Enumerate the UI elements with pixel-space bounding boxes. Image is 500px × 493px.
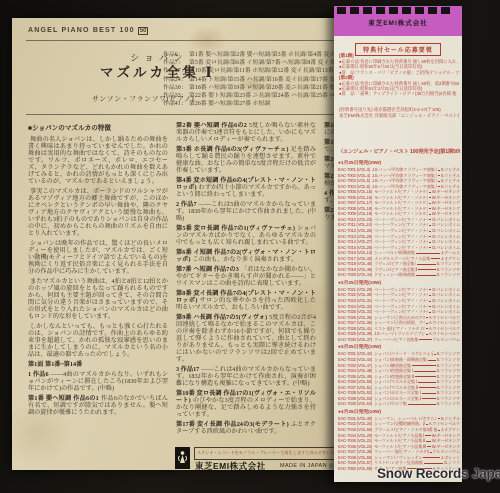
leader-line xyxy=(426,323,428,324)
release-schedule-title: 〈エンジェル・ピアノ・ベスト 100発売予定(第1期50W)〉 xyxy=(338,147,460,155)
liner-notes-paragraph: しかしなんといっても、もっとも強く心打たれるのは、ショパンの詩情です。作曲上のあ… xyxy=(28,323,168,358)
release-group-2-label: ●2月25日発売(10W) xyxy=(338,280,460,287)
release-group-1-label: ●1月25日発売(25W) xyxy=(338,160,460,167)
catalog-number: EAC-7040 (VOL.54) xyxy=(338,401,372,407)
liner-notes-paragraph: 第9番 ハ長調 作品7の5(ヴィヴォ)5度音程の2音が4回連続して鳴るなかで始ま… xyxy=(176,314,316,363)
opus-label: 作品24 xyxy=(163,76,189,84)
liner-notes-column-1: ■ショパンのマズルカの特徴 舞曲の名人ショパンは、しかし踊るための舞曲を書く興味… xyxy=(28,122,168,442)
series-number-badge: 50 xyxy=(138,27,149,35)
leader-line xyxy=(418,269,435,270)
catalog-title: ドビュッシー/前奏曲集 xyxy=(374,272,415,278)
angel-records-logo xyxy=(175,447,190,469)
leader-line xyxy=(419,387,436,388)
liner-notes-paragraph: 第3番 ホ長調 作品6の3(ヴィヴァーチェ)足を踏み鳴らして踊る農民の踊りを連想… xyxy=(176,146,316,174)
entry-text: またマズルカという舞曲は、4拍と8拍と12拍とかのホップ風の旋回をともなって踊ら… xyxy=(28,278,168,320)
liner-notes-paragraph: 3 作品17――これは4曲のマズルカからなっています。1832年から翌年にかけて… xyxy=(176,366,316,387)
leader-line xyxy=(426,441,431,442)
leader-line xyxy=(429,306,431,307)
campaign-line: ●賞 品:「豪華」アップライト・ピアノ(30万円相当)2名様 他 xyxy=(339,91,459,96)
catalog-row: EAC-7030 (VOL.37) ウェーバー/ピアノ名曲集 ケルセンバウム xyxy=(338,337,460,343)
opus-tracks: 第26番 嬰ハ短調/第27番 ホ短調 xyxy=(189,100,270,108)
insert-company-name: 東芝EMI株式会社 xyxy=(334,18,462,27)
liner-notes-paragraph: 第1面 第1番~第14番 xyxy=(28,361,168,368)
campaign-period-1-lines: ●応募方法:各巻に印刷された特典番号 通し50枚を封筒に入れ、下記あてにお送り下… xyxy=(339,59,459,75)
entry-text: ――4曲のマズルカからなり、いずれもショパンがウィーンに滞在したころ(1830年… xyxy=(28,371,168,392)
promo-insert-sheet: 東芝EMI株式会社 特典付セール応募要領 (第1期) ●応募方法:各巻に印刷され… xyxy=(334,6,462,482)
leader-line xyxy=(429,247,431,248)
leader-line xyxy=(438,181,440,182)
catalog-number: EAC-7020 (VOL.44) xyxy=(338,272,372,278)
leader-line xyxy=(419,339,431,340)
leader-line xyxy=(416,275,436,276)
opus-label: 作品17 xyxy=(163,67,189,75)
photo-of-lp-back-cover: ANGEL PIANO BEST 10050 ショパン マズルカ全集 Ⅰ サンソ… xyxy=(0,0,500,493)
leader-line xyxy=(428,360,436,361)
leader-line xyxy=(430,452,432,453)
campaign-line: ●賞 品:フランス・パリ「ピアノの旅」ご招待(ナショナル・ツアー)(30名様) xyxy=(339,70,459,75)
leader-line xyxy=(438,175,440,176)
tracklist-row: 作品24 第14番 ト短調/第15番 ハ長調/第16番 変イ長調/第17番 変ロ… xyxy=(163,76,338,84)
liner-notes-column-2: 第2番 嬰ハ短調 作品6の25度しか鳴らない素朴な楽器の伴奏で3連音符をもとにし… xyxy=(176,122,316,442)
entry-heading: 3 作品17 xyxy=(176,366,199,373)
leader-line xyxy=(426,334,428,335)
leader-line xyxy=(431,258,440,259)
leader-line xyxy=(412,365,436,366)
catalog-number: EAC-7030 (VOL.37) xyxy=(338,337,372,343)
release-group-3-label: ●3月25日発売(10W) xyxy=(338,344,460,351)
liner-notes-paragraph: 第6番 イ短調 作品7の2(ヴィヴォ・マ・ノン・トロッポ)この曲も、かなり多く演… xyxy=(176,249,316,263)
leader-line xyxy=(438,170,440,171)
entry-text: 5度音程の2音が4回連続して鳴るなかで始まるこのマズルカは、この序奏を除きわずか… xyxy=(176,314,316,363)
leader-line xyxy=(429,208,431,209)
campaign-sections: (第1期) ●応募方法:各巻に印刷された特典番号 通し50枚を封筒に入れ、下記あ… xyxy=(339,53,459,97)
liner-notes-paragraph: 舞曲の名人ショパンは、しかし踊るための舞曲を書く興味はあまり持っていませんでした… xyxy=(28,136,168,185)
leader-line xyxy=(429,301,431,302)
leader-line xyxy=(426,424,428,425)
opus-tracks: 第18番 ハ短調/第19番 ロ短調/第20番 変ニ長調/第21番 嬰ハ短調 xyxy=(189,84,338,92)
entry-text: わずか四十小節のマズルカですから、あっという間に終わってしまいます。 xyxy=(176,184,316,198)
liner-notes-paragraph: 第5番 変ロ長調 作品7の1(ヴィヴァーチェ)ショパンのマズルカばかりでなく、あ… xyxy=(176,225,316,246)
opus-tracks: 第14番 ト短調/第15番 ハ長調/第16番 変イ長調/第17番 変ロ短調 xyxy=(189,76,338,84)
tracklist-row: 作品33 第22番 嬰ト短調/第23番 ニ長調/第24番 ハ長調/第25番 ロ短… xyxy=(163,92,338,100)
entry-heading: 第2番 嬰ハ短調 作品6の2 xyxy=(176,122,247,129)
entry-heading: 2 作品7 xyxy=(176,201,197,208)
liner-notes-paragraph: 第4番 変ホ短調 作品6の4(プレスト・マ・ノン・トロッポ)わずか四十小節のマズ… xyxy=(176,177,316,198)
entry-heading: 第1面 第1番~第14番 xyxy=(28,361,82,368)
jacket-company-name: 東芝EMI株式会社 xyxy=(195,460,266,470)
entry-text: この曲も、かなり多く演奏されます。 xyxy=(192,256,297,263)
opus-label: 作品6 xyxy=(163,51,189,59)
leader-line xyxy=(429,219,431,220)
leader-line xyxy=(423,457,440,458)
entry-heading: 第9番 ハ長調 作品7の5(ヴィヴォ) xyxy=(176,314,267,321)
entry-text: 事実このマズルカは、ポーランドのワルシャワがあるマゾヴィア地方の郷土舞曲ですが、… xyxy=(28,188,168,237)
catalog-title: ウェーバー/ピアノ名曲集 xyxy=(374,337,418,343)
opus-tracks: 第1番 嬰ヘ短調/第2番 嬰ハ短調/第3番 ホ長調/第4番 変ホ短調 xyxy=(189,51,338,59)
opus-tracks: 第22番 嬰ト短調/第23番 ニ長調/第24番 ハ長調/第25番 ロ短調 xyxy=(189,92,338,100)
insert-header-band: 東芝EMI株式会社 xyxy=(334,6,462,36)
address-line: 東芝EMI株式会社 洋楽販売部「エンジェル・ピアノ・ベスト係」 xyxy=(339,113,459,119)
tracklist-row: 作品7 第5番 変ロ長調/第6番 イ短調/第7番 ヘ短調/第8番 変イ長調 第9… xyxy=(163,59,338,67)
leader-line xyxy=(429,236,431,237)
leader-line xyxy=(422,393,436,394)
liner-notes-paragraph: 第1番 嬰ヘ短調 作品6の1作品6のなかでいちばん有名で、短調ですが陰気ではあり… xyxy=(28,395,168,416)
liner-notes-paragraph: 1 作品6――4曲のマズルカからなり、いずれもショパンがウィーンに滞在したころ(… xyxy=(28,371,168,392)
leader-line xyxy=(429,242,431,243)
release-group-4-label: ●4月25日発売(10W) xyxy=(338,409,460,416)
liner-notes-paragraph: 第7番 ヘ短調 作品7の3「君はなかなか聞かない、やがてギターをかき鳴らす声が聞… xyxy=(176,266,316,287)
catalog-row: EAC-7040 (VOL.54) ショパン/ワルツ集 S.フランソワ xyxy=(338,401,460,407)
release-group-1-items: EAC-7001 (VOL.3) J.S.バッハ/平均律クラヴィーア曲集 第1巻… xyxy=(338,167,460,278)
header-rule-top xyxy=(26,40,338,41)
entry-text: ショパンは晩年の作品では、驚くほどの長いメロディーを使用しましたが、マズルカでは… xyxy=(28,240,168,275)
leader-line xyxy=(427,446,431,447)
release-group-4-items: EAC-7041 (VOL.40) シューマン、シューベルト/さすらい人幻想曲 … xyxy=(338,416,460,471)
leader-line xyxy=(425,435,431,436)
tracklist-row: 作品6 第1番 嬰ヘ短調/第2番 嬰ハ短調/第3番 ホ長調/第4番 変ホ短調 xyxy=(163,51,338,59)
liner-notes-paragraph: 第10番 変ロ長調 作品17の1(ヴィヴォ・エ・リソルート)のびやかな3度音程の… xyxy=(176,390,316,418)
entry-text: ――これは5曲のマズルカからなっています。1830年から翌年にかけて作曲されまし… xyxy=(176,201,316,222)
leader-line xyxy=(408,404,436,405)
leader-line xyxy=(429,295,431,296)
angel-icon xyxy=(177,450,188,466)
header-rule-bottom xyxy=(26,114,338,115)
opus-tracks: 第5番 変ロ長調/第6番 イ短調/第7番 ヘ短調/第8番 変イ長調 第9番 ハ長… xyxy=(189,59,338,67)
opus-tracks: 第10番 変ロ長調/第11番 ホ短調/第12番 変イ長調/第13番 イ短調 xyxy=(189,67,338,75)
leader-line xyxy=(426,317,428,318)
leader-line xyxy=(429,197,431,198)
release-group-2-items: EAC-7021 (VOL.29) ベートーヴェン/ピアノ・ソナタ全集 Ⅶ D.… xyxy=(338,287,460,342)
liner-notes-paragraph: 2 作品7――これは5曲のマズルカからなっています。1830年から翌年にかけて作… xyxy=(176,201,316,222)
leader-line xyxy=(426,328,428,329)
entry-heading: 第17番 変イ長調 作品24の3(モデラート) xyxy=(176,421,289,428)
leader-line xyxy=(416,253,440,254)
series-label: ANGEL PIANO BEST 10050 xyxy=(28,27,148,35)
leader-line xyxy=(438,418,440,419)
leader-line xyxy=(429,192,431,193)
shop-watermark: Snow Records Japan xyxy=(377,466,500,481)
leader-line xyxy=(429,289,431,290)
liner-notes-paragraph: 第8番 変イ長調 作品7の4(プレスト・マ・ノン・トロッポ)サロン的な華やかさを… xyxy=(176,290,316,311)
opus-label: 作品30 xyxy=(163,84,189,92)
liner-notes-paragraph: 第17番 変イ長調 作品24の3(モデラート)ふとオクターブする西欧風のかわいい… xyxy=(176,421,316,435)
leader-line xyxy=(429,231,431,232)
tracklist-row: 作品41 第26番 嬰ハ短調/第27番 ホ短調 xyxy=(163,100,338,108)
entry-text: しかしなんといっても、もっとも強く心打たれるのは、ショパンの詩情です。作曲上のあ… xyxy=(28,323,168,358)
entry-heading: 第5番 変ロ長調 作品7の1(ヴィヴァーチェ) xyxy=(176,225,295,232)
leader-line xyxy=(429,312,431,313)
campaign-period-2-lines: ●応募方法:各巻に印刷された特典番号 通し50枚、第2期番号50枚を封筒に入れ、… xyxy=(339,81,459,97)
entry-heading: 第1番 嬰ヘ短調 作品6の1 xyxy=(28,395,99,402)
decorative-squares xyxy=(337,7,461,14)
entry-text: 舞曲の名人ショパンは、しかし踊るための舞曲を書く興味はあまり持っていませんでした… xyxy=(28,136,168,185)
tracklist: 作品6 第1番 嬰ヘ短調/第2番 嬰ハ短調/第3番 ホ長調/第4番 変ホ短調 作… xyxy=(163,51,338,111)
entry-text: サロン的な華やかさを持った西欧化した明るいマズルカで、おもしろい曲です。 xyxy=(176,297,316,311)
series-text: ANGEL PIANO BEST 100 xyxy=(28,27,135,34)
catalog-row: EAC-7020 (VOL.44) ドビュッシー/前奏曲集 S.フランソワ xyxy=(338,272,460,278)
release-schedule-list: ●1月25日発売(25W) EAC-7001 (VOL.3) J.S.バッハ/平… xyxy=(338,158,460,471)
catalog-artist: S.フランソワ xyxy=(437,401,461,407)
release-group-3-items: EAC-7031 (VOL.42) ショパン/バラード・スケルツォ全集 S.フラ… xyxy=(338,351,460,406)
leader-line xyxy=(438,430,440,431)
leader-line xyxy=(434,354,436,355)
liner-notes-paragraph: またマズルカという舞曲は、4拍と8拍と12拍とかのホップ風の旋回をともなって踊ら… xyxy=(28,278,168,320)
liner-notes: ■ショパンのマズルカの特徴 舞曲の名人ショパンは、しかし踊るための舞曲を書く興味… xyxy=(28,122,338,442)
campaign-address: (特典番号送り先) 東京都港区芝浜松町2-2-17(〒105)東芝EMI株式会社… xyxy=(339,107,459,118)
leader-line xyxy=(417,264,435,265)
catalog-title: ショパン/ワルツ集 xyxy=(374,401,407,407)
liner-notes-paragraph: ショパンは晩年の作品では、驚くほどの長いメロディーを使用しましたが、マズルカでは… xyxy=(28,240,168,275)
leader-line xyxy=(429,225,431,226)
catalog-artist: ケルセンバウム xyxy=(433,337,460,343)
entry-heading: 1 作品6 xyxy=(28,371,49,378)
leader-line xyxy=(414,371,436,372)
stereo-notice-box: ステレオ・レコードをモノラル・プレーヤーで再生しますと音みぞをいためますのでご注… xyxy=(194,447,338,460)
leader-line xyxy=(418,382,436,383)
entry-heading: 第3番 ホ長調 作品6の3(ヴィヴァーチェ) xyxy=(176,146,288,153)
tracklist-row: 作品30 第18番 ハ短調/第19番 ロ短調/第20番 変ニ長調/第21番 嬰ハ… xyxy=(163,84,338,92)
leader-line xyxy=(429,203,431,204)
leader-line xyxy=(424,463,443,464)
leader-line xyxy=(422,398,435,399)
opus-label: 作品7 xyxy=(163,59,189,67)
entry-heading: 第7番 ヘ短調 作品7の3 xyxy=(176,266,239,273)
opus-label: 作品41 xyxy=(163,100,189,108)
liner-notes-paragraph: 事実このマズルカは、ポーランドのワルシャワがあるマゾヴィア地方の郷土舞曲ですが、… xyxy=(28,188,168,237)
lp-jacket-back: ANGEL PIANO BEST 10050 ショパン マズルカ全集 Ⅰ サンソ… xyxy=(12,18,338,470)
leader-line xyxy=(415,376,436,377)
catalog-artist: S.フランソワ xyxy=(437,272,461,278)
opus-label: 作品33 xyxy=(163,92,189,100)
liner-notes-heading: ■ショパンのマズルカの特徴 xyxy=(28,122,168,132)
catalog-number: EAC-7050 (VOL.58) xyxy=(338,466,372,472)
leader-line xyxy=(429,214,431,215)
entry-text: のびやかな3度音程のメロディーで始まり、かなり剛健な、足で踏みしめるような力強さ… xyxy=(176,397,316,418)
liner-notes-paragraph: 第2番 嬰ハ短調 作品6の25度しか鳴らない素朴な楽器の伴奏で3連音符をもとにし… xyxy=(176,122,316,143)
tracklist-row: 作品17 第10番 変ロ長調/第11番 ホ短調/第12番 変イ長調/第13番 イ… xyxy=(163,67,338,75)
leader-line xyxy=(438,186,440,187)
